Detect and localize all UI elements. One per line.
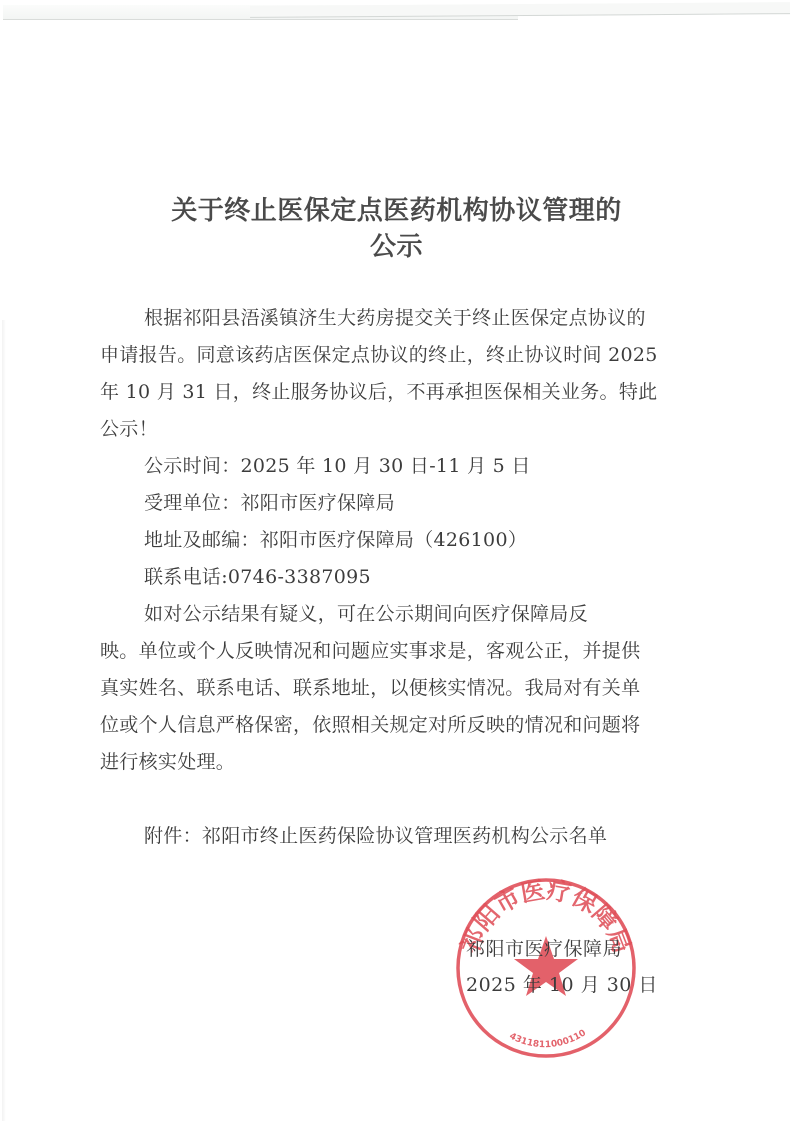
body-paragraph-1-line-4: 公示！ — [100, 417, 158, 441]
address-postcode: 地址及邮编：祁阳市医疗保障局（426100） — [144, 528, 527, 552]
body-paragraph-1-line-2: 申请报告。同意该药店医保定点协议的终止，终止协议时间 2025 — [100, 343, 658, 367]
contact-phone: 联系电话:0746-3387095 — [144, 565, 371, 589]
attachment-line: 附件：祁阳市终止医药保险协议管理医药机构公示名单 — [144, 824, 607, 848]
body-paragraph-2-line-3: 真实姓名、联系电话、联系地址，以便核实情况。我局对有关单 — [100, 676, 640, 700]
scan-edge-left — [2, 320, 6, 1121]
body-paragraph-2-line-4: 位或个人信息严格保密，依照相关规定对所反映的情况和问题将 — [100, 713, 640, 737]
signature-organization: 祁阳市医疗保障局 — [466, 934, 622, 961]
signature-date: 2025 年 10 月 30 日 — [466, 970, 658, 997]
body-paragraph-1-line-3: 年 10 月 31 日，终止服务协议后，不再承担医保相关业务。特此 — [100, 380, 657, 404]
body-paragraph-2-line-1: 如对公示结果有疑义，可在公示期间向医疗保障局反 — [144, 602, 588, 626]
svg-text:4311811000110: 4311811000110 — [508, 1028, 588, 1050]
official-seal-icon: 祁阳市医疗保障局 4311811000110 — [452, 874, 640, 1062]
document-title-line-2: 公示 — [0, 226, 793, 263]
document-title-line-1: 关于终止医保定点医药机构协议管理的 — [0, 190, 793, 227]
scan-edge-top-right — [250, 2, 790, 18]
body-paragraph-1-line-1: 根据祁阳县浯溪镇济生大药房提交关于终止医保定点协议的 — [144, 306, 646, 330]
body-paragraph-2-line-2: 映。单位或个人反映情况和问题应实事求是，客观公正，并提供 — [100, 639, 640, 663]
notice-period: 公示时间：2025 年 10 月 30 日-11 月 5 日 — [144, 454, 531, 478]
accepting-unit: 受理单位：祁阳市医疗保障局 — [144, 491, 395, 515]
body-paragraph-2-line-5: 进行核实处理。 — [100, 750, 235, 774]
